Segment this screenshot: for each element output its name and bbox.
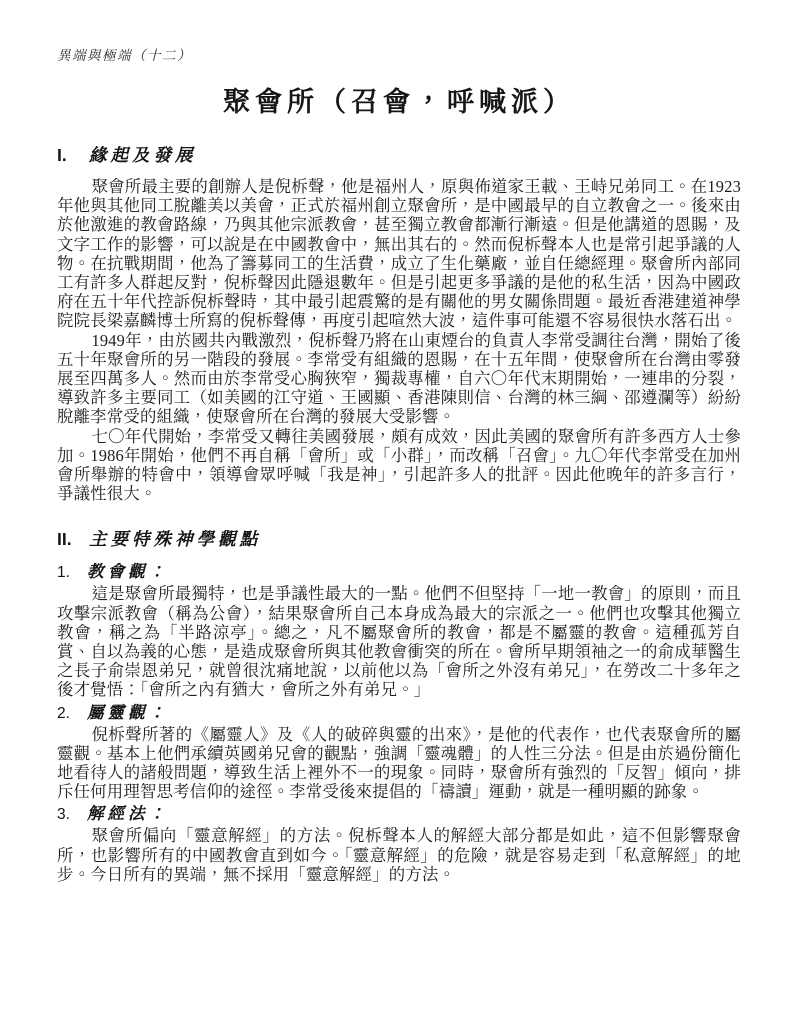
page-title: 聚會所（召會，呼喊派） — [57, 80, 741, 119]
subsection-title: 屬靈觀： — [87, 703, 169, 722]
subsection-hermeneutics: 3.解經法： 聚會所偏向「靈意解經」的方法。倪柝聲本人的解經大部分都是如此，這不… — [57, 803, 741, 884]
paragraph-origins-1: 聚會所最主要的創辦人是倪柝聲，他是福州人，原與佈道家王載、王峙兄弟同工。在192… — [57, 177, 741, 331]
subsection-heading-2: 2.屬靈觀： — [57, 702, 741, 724]
running-header: 異端與極端（十二） — [57, 44, 741, 64]
subsection-title: 教會觀： — [87, 562, 169, 581]
subsection-number: 1. — [57, 562, 87, 583]
subsection-heading-3: 3.解經法： — [57, 803, 741, 825]
section-heading-1: I.緣起及發展 — [57, 142, 741, 167]
subsection-number: 2. — [57, 703, 87, 724]
paragraph-origins-2: 1949年，由於國共內戰激烈，倪柝聲乃將在山東煙台的負責人李常受調往台灣，開始了… — [57, 331, 741, 427]
section-title: 主要特殊神學觀點 — [89, 529, 261, 549]
section-origins-development: I.緣起及發展 聚會所最主要的創辦人是倪柝聲，他是福州人，原與佈道家王載、王峙兄… — [57, 142, 741, 503]
section-number: II. — [57, 529, 89, 550]
section-number: I. — [57, 145, 89, 166]
document-page: 異端與極端（十二） 聚會所（召會，呼喊派） I.緣起及發展 聚會所最主要的創辦人… — [0, 0, 791, 1024]
paragraph-spirituality-view: 倪柝聲所著的《屬靈人》及《人的破碎與靈的出來》，是他的代表作，也代表聚會所的屬靈… — [57, 725, 741, 802]
paragraph-church-view: 這是聚會所最獨特，也是爭議性最大的一點。他們不但堅持「一地一教會」的原則，而且攻… — [57, 584, 741, 699]
subsection-spirituality-view: 2.屬靈觀： 倪柝聲所著的《屬靈人》及《人的破碎與靈的出來》，是他的代表作，也代… — [57, 702, 741, 802]
paragraph-hermeneutics: 聚會所偏向「靈意解經」的方法。倪柝聲本人的解經大部分都是如此，這不但影響聚會所，… — [57, 826, 741, 884]
section-theological-views: II.主要特殊神學觀點 1.教會觀： 這是聚會所最獨特，也是爭議性最大的一點。他… — [57, 526, 741, 884]
section-title: 緣起及發展 — [89, 145, 197, 165]
subsection-heading-1: 1.教會觀： — [57, 561, 741, 583]
paragraph-origins-3: 七〇年代開始，李常受又轉往美國發展，頗有成效，因此美國的聚會所有許多西方人士參加… — [57, 427, 741, 504]
subsection-number: 3. — [57, 804, 87, 825]
subsection-title: 解經法： — [87, 804, 169, 823]
subsection-church-view: 1.教會觀： 這是聚會所最獨特，也是爭議性最大的一點。他們不但堅持「一地一教會」… — [57, 561, 741, 699]
section-heading-2: II.主要特殊神學觀點 — [57, 526, 741, 551]
